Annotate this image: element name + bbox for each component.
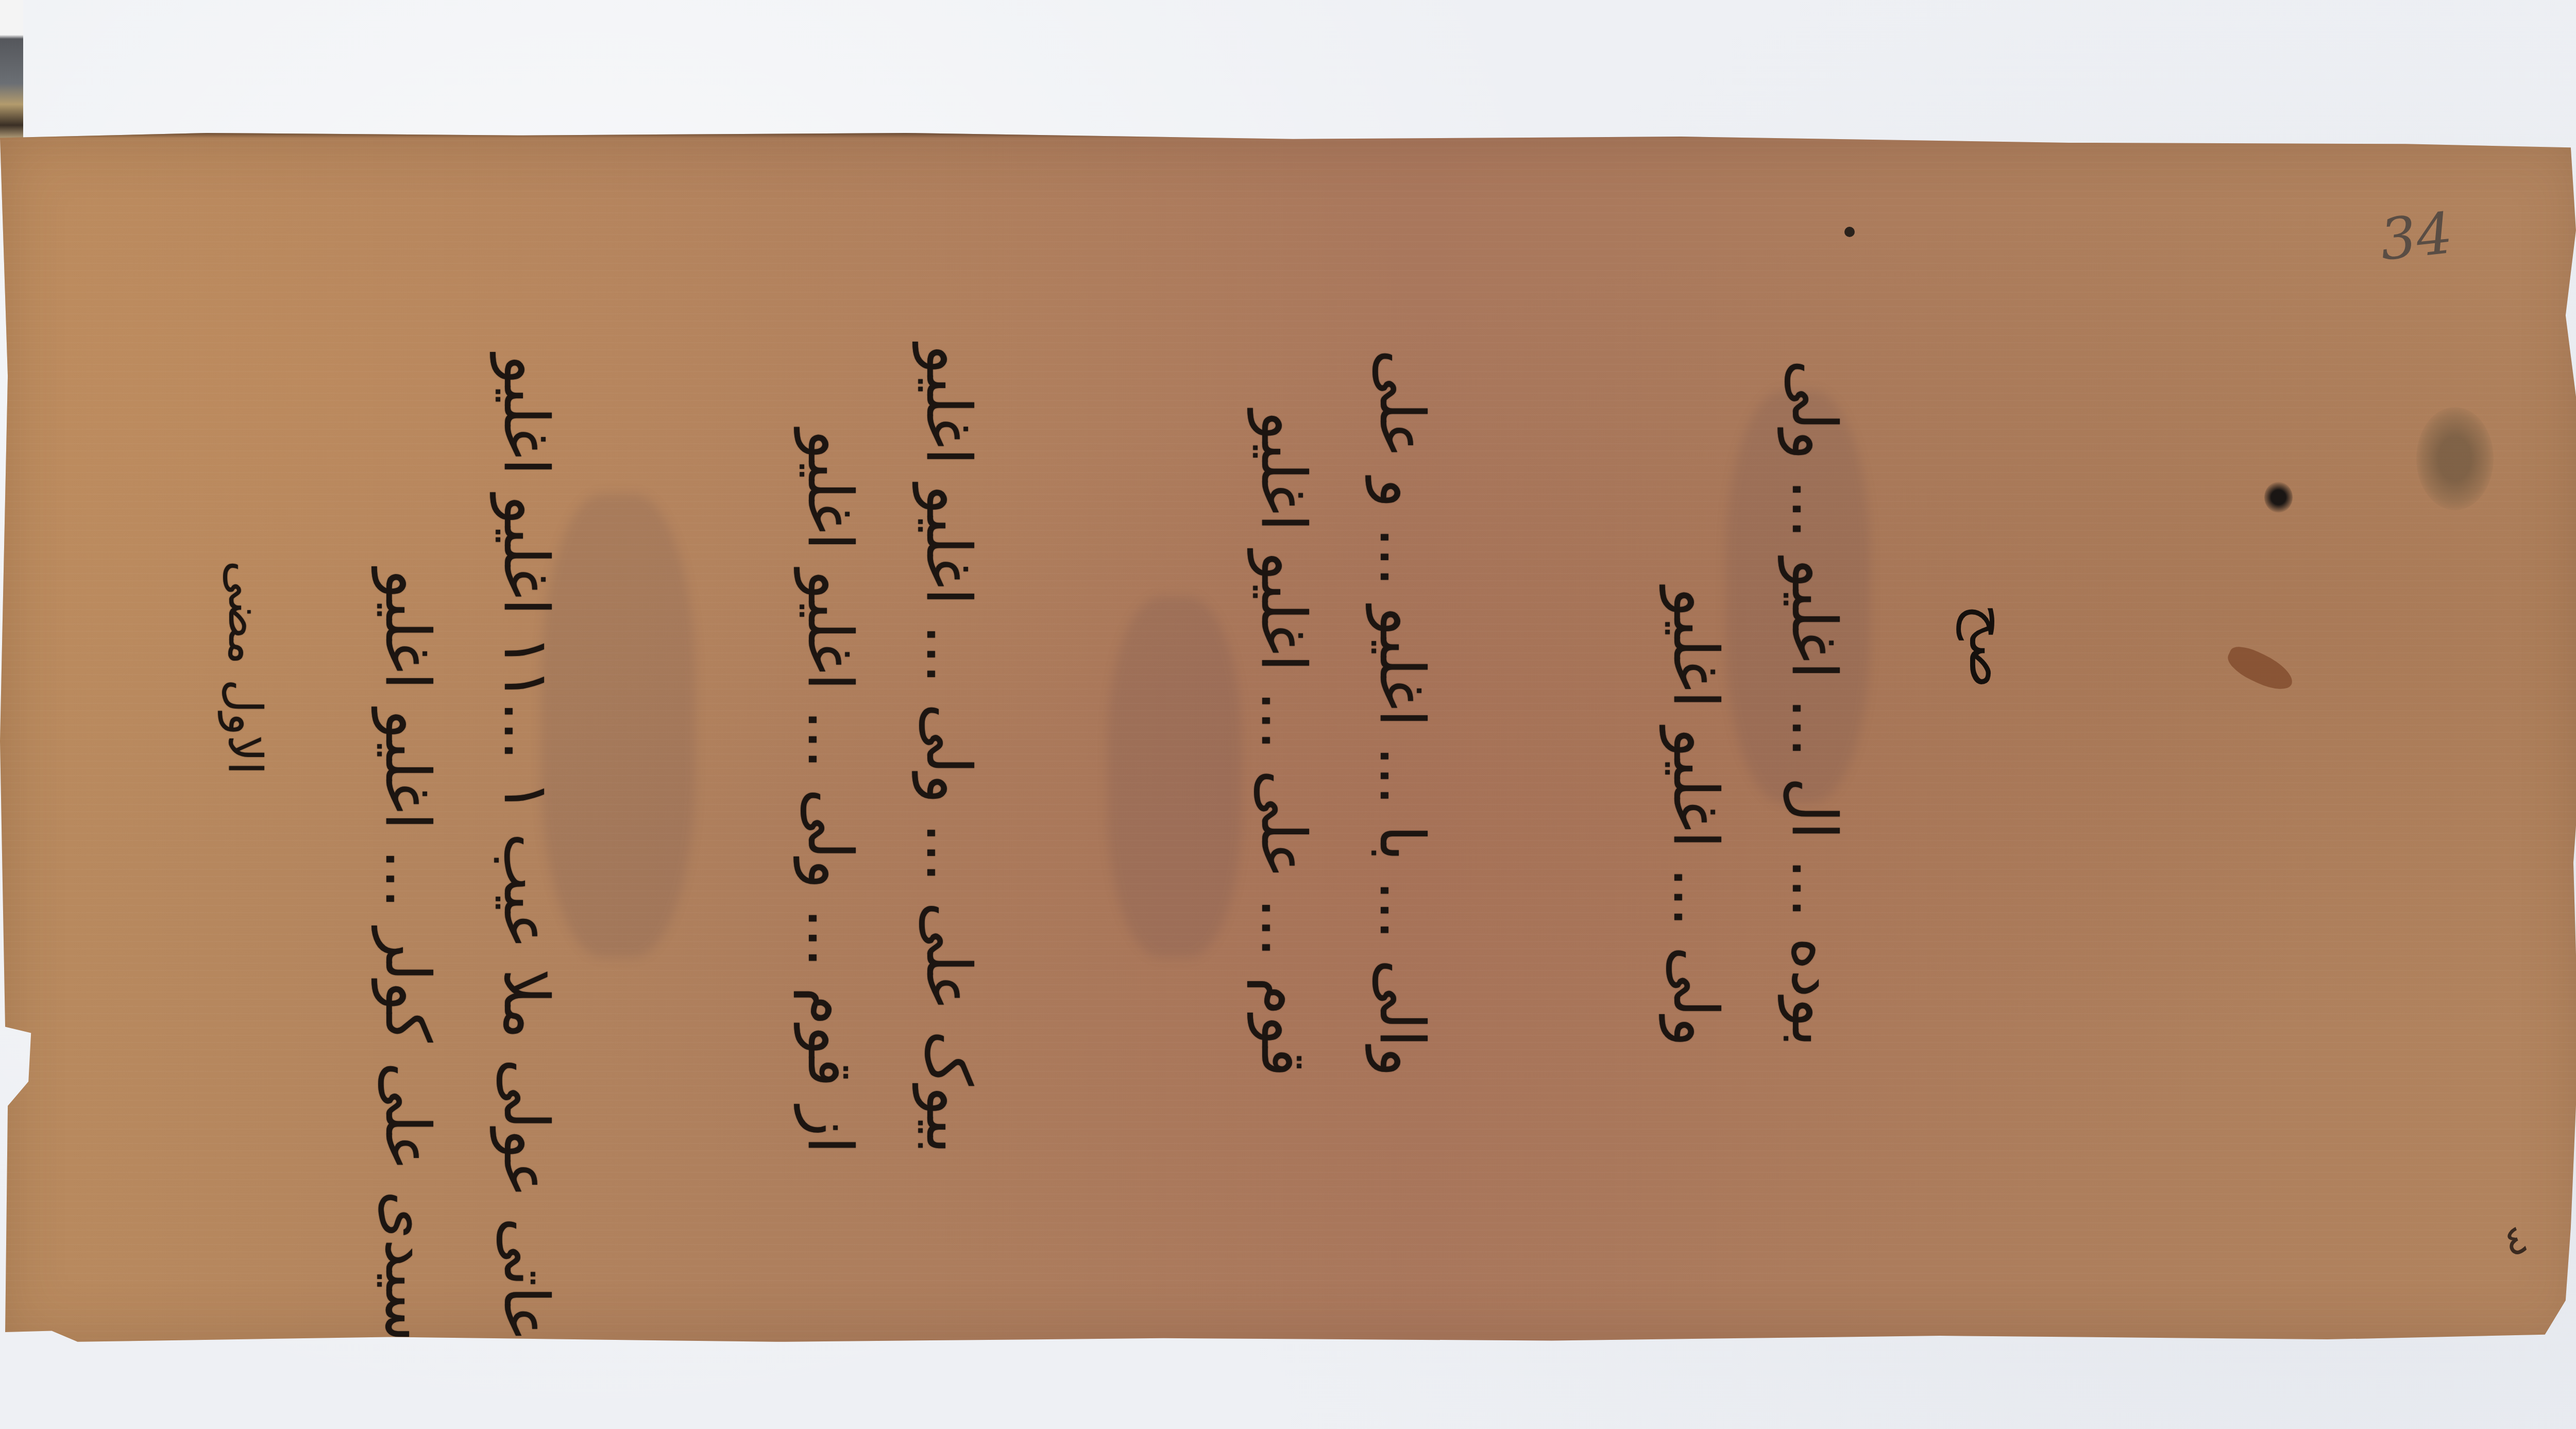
water-stain bbox=[2416, 407, 2494, 510]
ink-speck bbox=[1844, 227, 1855, 237]
faded-ink-bleed bbox=[541, 494, 696, 957]
folio-number: 34 bbox=[2377, 200, 2456, 273]
adjacent-page-edge bbox=[0, 0, 23, 139]
text-line: ولی ... اغلیو اغلیو bbox=[1664, 360, 1726, 1047]
text-line: عاتی عولی ملا عیب ١ ...۱۱ اغلیو اغلیو bbox=[495, 355, 556, 1342]
text-line: الاول مضى bbox=[222, 561, 268, 775]
text-line: والی ... با ... اغلیو ... و علی bbox=[1370, 349, 1432, 1077]
ink-blot bbox=[2264, 482, 2293, 513]
verification-mark: صح bbox=[1957, 604, 2023, 688]
text-column-3: والی ... با ... اغلیو ... و علی قوم ... … bbox=[1252, 349, 1432, 1077]
text-column-1-heading: الاول مضى bbox=[222, 561, 268, 775]
text-column-2: بیوک علی ... ولی ... اغلیو اغلیو از قوم … bbox=[799, 344, 979, 1154]
text-line: سیدی علی کولر ... اغلیو اغلیو bbox=[376, 355, 438, 1342]
text-line: قوم ... علی ... اغلیو اغلیو bbox=[1252, 349, 1314, 1077]
text-column-1: عاتی عولی ملا عیب ١ ...۱۱ اغلیو اغلیو سی… bbox=[376, 355, 556, 1342]
text-line: بوده ... ال ... اغلیو ... ولی bbox=[1783, 360, 1844, 1047]
text-line: بیوک علی ... ولی ... اغلیو اغلیو bbox=[917, 344, 979, 1154]
text-column-4: بوده ... ال ... اغلیو ... ولی ولی ... اغ… bbox=[1664, 360, 1844, 1047]
faded-ink-bleed bbox=[1108, 597, 1242, 957]
manuscript-leaf: عاتی عولی ملا عیب ١ ...۱۱ اغلیو اغلیو سی… bbox=[0, 133, 2576, 1349]
text-line: از قوم ... ولی ... اغلیو اغلیو bbox=[799, 344, 860, 1154]
